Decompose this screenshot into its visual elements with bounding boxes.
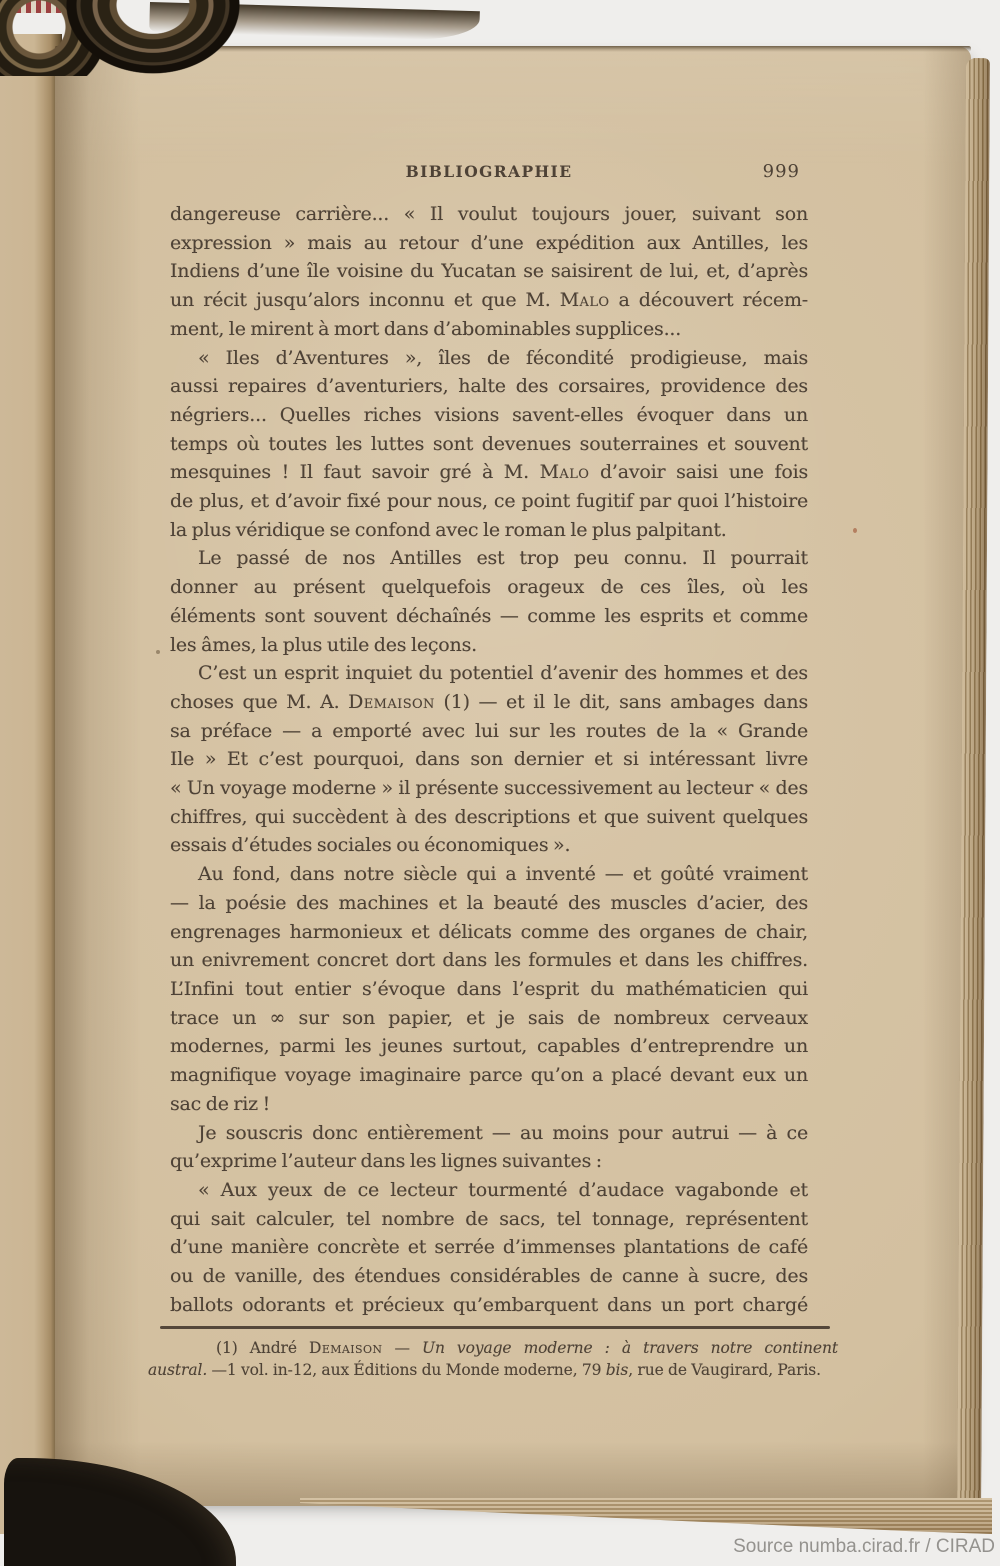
footnote: (1) André Demaison — Un voyage moderne :… — [148, 1337, 838, 1381]
text-segment: « Un voyage moderne » il présente succes… — [170, 777, 808, 799]
text-segment: ou de vanille, des étendues considérable… — [170, 1265, 808, 1287]
text-segment: ballots odorants et précieux qu’embarque… — [170, 1294, 808, 1316]
text-segment: choses que M. A. — [170, 691, 348, 713]
text-line: L’Infini tout entier s’évoque dans l’esp… — [170, 975, 808, 1004]
text-segment: Le passé de nos Antilles est trop peu co… — [198, 547, 808, 569]
text-segment: engrenages harmonieux et délicats comme … — [170, 921, 808, 943]
text-line: la plus véridique se confond avec le rom… — [170, 516, 808, 545]
text-line: choses que M. A. Demaison (1) — et il le… — [170, 688, 808, 717]
book-page: BIBLIOGRAPHIE 999 dangereuse carrière...… — [55, 46, 971, 1506]
text-segment: sac de riz ! — [170, 1093, 270, 1115]
paragraph: C’est un esprit inquiet du potentiel d’a… — [170, 659, 808, 860]
text-line: chiffres, qui succèdent à des descriptio… — [170, 803, 808, 832]
text-segment: — la poésie des machines et la beauté de… — [170, 892, 808, 914]
text-line: « Iles d’Aventures », îles de fécondité … — [170, 344, 808, 373]
text-segment: temps où toutes les luttes sont devenues… — [170, 433, 808, 455]
text-line: un enivrement concret dort dans les form… — [170, 946, 808, 975]
text-segment: L’Infini tout entier s’évoque dans l’esp… — [170, 978, 808, 1000]
paragraph: « Iles d’Aventures », îles de fécondité … — [170, 344, 808, 545]
text-line: sac de riz ! — [170, 1090, 808, 1119]
page-edge-stack-bottom — [300, 1498, 992, 1534]
text-line: les âmes, la plus utile des leçons. — [170, 631, 808, 660]
text-line: Indiens d’une île voisine du Yucatan se … — [170, 257, 808, 286]
text-segment: de plus, et d’avoir fixé pour nous, ce p… — [170, 490, 808, 512]
text-segment: Indiens d’une île voisine du Yucatan se … — [170, 260, 808, 282]
text-segment: , rue de Vaugirard, Paris. — [628, 1361, 821, 1379]
text-line: expression » mais au retour d’une expédi… — [170, 229, 808, 258]
page-header: BIBLIOGRAPHIE 999 — [170, 162, 808, 188]
scanned-book-photo: BIBLIOGRAPHIE 999 dangereuse carrière...… — [0, 0, 1000, 1566]
text-line: magnifique voyage imaginaire parce qu’on… — [170, 1061, 808, 1090]
text-segment: Au fond, dans notre siècle qui a inventé… — [198, 863, 808, 885]
text-segment: —1 vol. in-12, aux Éditions du Monde mod… — [207, 1361, 606, 1379]
paragraph: Je souscris donc entièrement — au moins … — [170, 1119, 808, 1176]
text-line: temps où toutes les luttes sont devenues… — [170, 430, 808, 459]
text-line: sa préface — a emporté avec lui sur les … — [170, 717, 808, 746]
text-segment: austral. — [148, 1361, 207, 1379]
text-segment: (1) André — [216, 1339, 309, 1357]
text-line: dangereuse carrière... « Il voulut toujo… — [170, 200, 808, 229]
text-line: mesquines ! Il faut savoir gré à M. Malo… — [170, 458, 808, 487]
footnote-rule — [160, 1326, 830, 1329]
paragraph: Le passé de nos Antilles est trop peu co… — [170, 544, 808, 659]
ink-speck — [853, 528, 857, 533]
text-line: Au fond, dans notre siècle qui a inventé… — [170, 860, 808, 889]
text-segment: les âmes, la plus utile des leçons. — [170, 634, 477, 656]
text-segment: mesquines ! Il faut savoir gré à M. — [170, 461, 540, 483]
text-segment: « Iles d’Aventures », îles de fécondité … — [198, 347, 808, 369]
text-line: ment, le mirent à mort dans d’abominable… — [170, 315, 808, 344]
text-segment: d’avoir saisi une fois — [589, 461, 808, 483]
left-page-edge — [0, 34, 62, 1534]
text-segment: modernes, parmi les jeunes surtout, capa… — [170, 1035, 808, 1057]
text-segment: ment, le mirent à mort dans d’abominable… — [170, 318, 681, 340]
text-segment: trace un ∞ sur son papier, et je sais de… — [170, 1007, 808, 1029]
text-segment: un enivrement concret dort dans les form… — [170, 949, 808, 971]
text-line: aussi repaires d’aventuriers, halte des … — [170, 372, 808, 401]
text-segment: négriers... Quelles riches visions saven… — [170, 404, 808, 426]
text-line: — la poésie des machines et la beauté de… — [170, 889, 808, 918]
text-segment: magnifique voyage imaginaire parce qu’on… — [170, 1064, 808, 1086]
text-line: négriers... Quelles riches visions saven… — [170, 401, 808, 430]
text-segment: Demaison — [309, 1339, 382, 1357]
text-line: trace un ∞ sur son papier, et je sais de… — [170, 1004, 808, 1033]
text-line: austral. —1 vol. in-12, aux Éditions du … — [148, 1359, 838, 1381]
text-segment: C’est un esprit inquiet du potentiel d’a… — [198, 662, 808, 684]
text-line: ou de vanille, des étendues considérable… — [170, 1262, 808, 1291]
rolled-page-curl — [0, 0, 250, 76]
text-segment: la plus véridique se confond avec le rom… — [170, 519, 727, 541]
paragraph: « Aux yeux de ce lecteur tourmenté d’aud… — [170, 1176, 808, 1320]
text-line: « Un voyage moderne » il présente succes… — [170, 774, 808, 803]
text-segment: Un voyage moderne : à travers notre cont… — [422, 1339, 838, 1357]
text-segment: Ile » Et c’est pourquoi, dans son dernie… — [170, 748, 808, 770]
text-segment: dangereuse carrière... « Il voulut toujo… — [170, 203, 808, 225]
running-title: BIBLIOGRAPHIE — [170, 162, 808, 181]
text-line: ballots odorants et précieux qu’embarque… — [170, 1291, 808, 1320]
text-line: modernes, parmi les jeunes surtout, capa… — [170, 1032, 808, 1061]
text-line: qui sait calculer, tel nombre de sacs, t… — [170, 1205, 808, 1234]
text-segment: Je souscris donc entièrement — au moins … — [198, 1122, 808, 1144]
text-segment: un récit jusqu’alors inconnu et que M. — [170, 289, 560, 311]
text-line: d’une manière concrète et serrée d’immen… — [170, 1233, 808, 1262]
text-segment: bis — [606, 1361, 629, 1379]
text-line: un récit jusqu’alors inconnu et que M. M… — [170, 286, 808, 315]
text-segment: qui sait calculer, tel nombre de sacs, t… — [170, 1208, 808, 1230]
text-line: « Aux yeux de ce lecteur tourmenté d’aud… — [170, 1176, 808, 1205]
text-segment: « Aux yeux de ce lecteur tourmenté d’aud… — [198, 1179, 808, 1201]
text-line: qu’exprime l’auteur dans les lignes suiv… — [170, 1147, 808, 1176]
text-segment: Demaison — [348, 691, 435, 713]
text-line: (1) André Demaison — Un voyage moderne :… — [148, 1337, 838, 1359]
text-line: essais d’études sociales ou économiques … — [170, 831, 808, 860]
ink-speck — [156, 650, 160, 654]
text-segment: a découvert récem- — [609, 289, 808, 311]
text-segment: Malo — [540, 461, 590, 483]
text-segment: chiffres, qui succèdent à des descriptio… — [170, 806, 808, 828]
paragraph: Au fond, dans notre siècle qui a inventé… — [170, 860, 808, 1118]
text-line: éléments sont souvent déchaînés — comme … — [170, 602, 808, 631]
text-segment: aussi repaires d’aventuriers, halte des … — [170, 375, 808, 397]
text-segment: donner au présent quelquefois orageux de… — [170, 576, 808, 598]
text-segment: d’une manière concrète et serrée d’immen… — [170, 1236, 808, 1258]
text-line: engrenages harmonieux et délicats comme … — [170, 918, 808, 947]
text-segment: — — [382, 1339, 422, 1357]
text-segment: essais d’études sociales ou économiques … — [170, 834, 570, 856]
text-segment: expression » mais au retour d’une expédi… — [170, 232, 808, 254]
text-line: donner au présent quelquefois orageux de… — [170, 573, 808, 602]
text-segment: qu’exprime l’auteur dans les lignes suiv… — [170, 1150, 602, 1172]
text-segment: sa préface — a emporté avec lui sur les … — [170, 720, 808, 742]
body-text: dangereuse carrière... « Il voulut toujo… — [170, 200, 808, 1319]
text-line: Ile » Et c’est pourquoi, dans son dernie… — [170, 745, 808, 774]
text-segment: (1) — et il le dit, sans ambages dans — [435, 691, 808, 713]
page-number: 999 — [763, 161, 800, 182]
paragraph: dangereuse carrière... « Il voulut toujo… — [170, 200, 808, 344]
text-line: Le passé de nos Antilles est trop peu co… — [170, 544, 808, 573]
text-line: C’est un esprit inquiet du potentiel d’a… — [170, 659, 808, 688]
source-attribution: Source numba.cirad.fr / CIRAD — [733, 1536, 995, 1558]
text-line: Je souscris donc entièrement — au moins … — [170, 1119, 808, 1148]
text-line: de plus, et d’avoir fixé pour nous, ce p… — [170, 487, 808, 516]
text-segment: éléments sont souvent déchaînés — comme … — [170, 605, 808, 627]
text-segment: Malo — [560, 289, 610, 311]
